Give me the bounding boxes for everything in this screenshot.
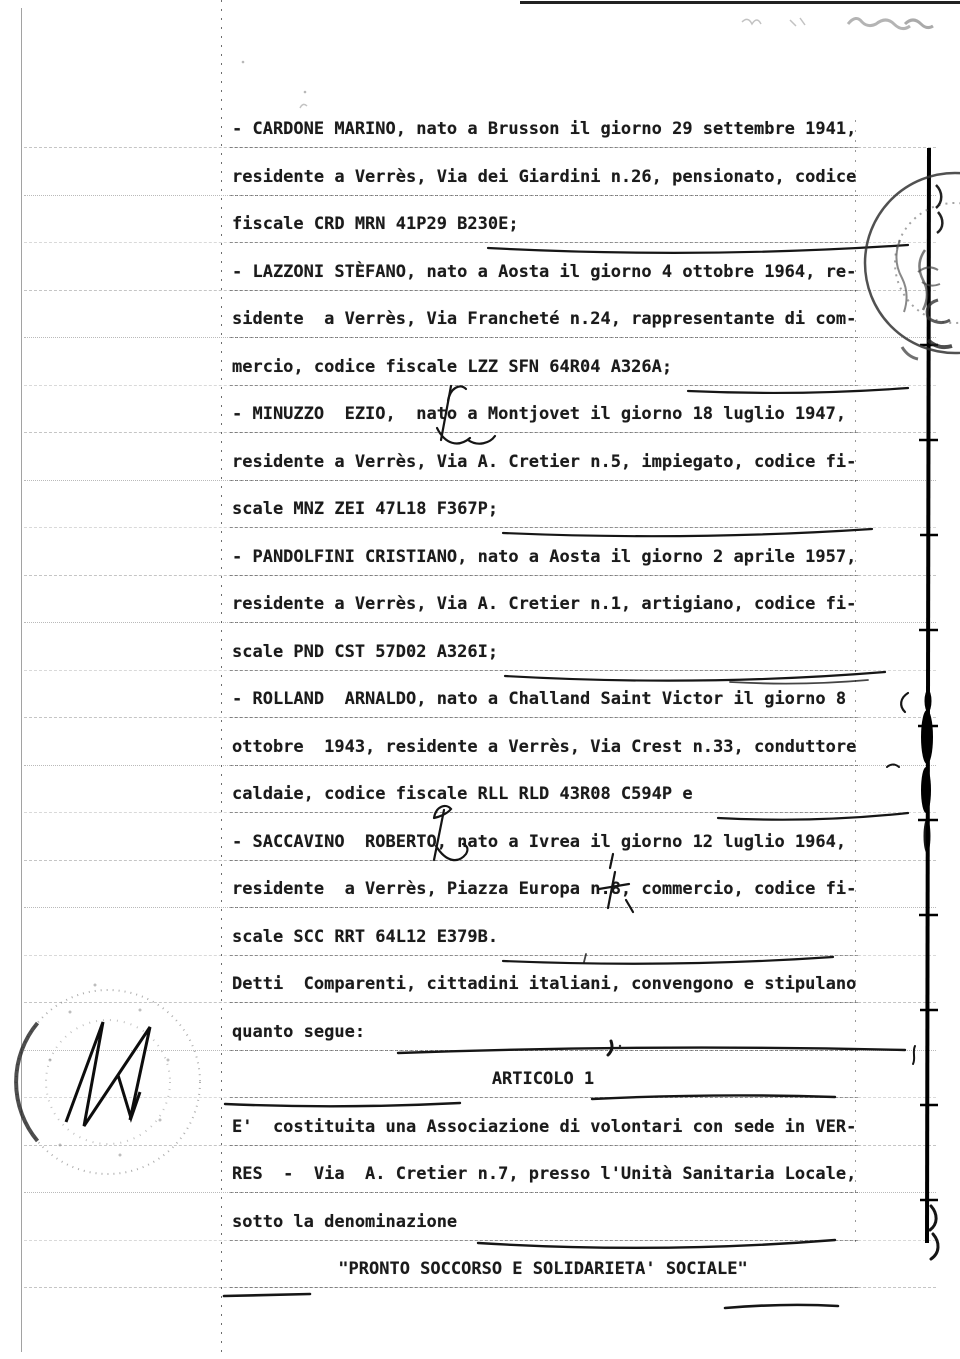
scan-top-edge-line [520, 1, 960, 4]
typed-underline [230, 385, 858, 386]
typed-underline [230, 242, 858, 243]
typed-underline [230, 812, 858, 813]
document-line: quanto segue: [232, 1023, 365, 1042]
typed-underline [230, 860, 858, 861]
document-line: scale SCC RRT 64L12 E379B. [232, 928, 498, 947]
document-line: - SACCAVINO ROBERTO, nato a Ivrea il gio… [232, 833, 846, 852]
document-line: Detti Comparenti, cittadini italiani, co… [232, 975, 856, 994]
document-line: sotto la denominazione [232, 1213, 457, 1232]
typed-underline [230, 1145, 858, 1146]
document-line: ARTICOLO 1 [232, 1070, 854, 1089]
typed-underline [230, 1240, 858, 1241]
margin-mark-paren [901, 693, 908, 712]
typed-underline [230, 717, 858, 718]
document-line: mercio, codice fiscale LZZ SFN 64R04 A32… [232, 358, 672, 377]
typed-underline [230, 907, 858, 908]
document-line: residente a Verrès, Via dei Giardini n.2… [232, 168, 856, 187]
typed-underline [230, 765, 858, 766]
top-right-seal [865, 173, 960, 359]
typed-underline [230, 1192, 858, 1193]
document-line: - MINUZZO EZIO, nato a Montjovet il gior… [232, 405, 846, 424]
left-margin-rule [221, 0, 222, 1359]
typed-underline [230, 1097, 858, 1098]
typed-underline [230, 290, 858, 291]
typed-underline [230, 622, 858, 623]
typed-underline [230, 480, 858, 481]
document-line: caldaie, codice fiscale RLL RLD 43R08 C5… [232, 785, 693, 804]
document-line: - PANDOLFINI CRISTIANO, nato a Aosta il … [232, 548, 856, 567]
document-line: sidente a Verrès, Via Francheté n.24, ra… [232, 310, 856, 329]
ink-dot [619, 1045, 621, 1047]
document-line: - ROLLAND ARNALDO, nato a Challand Saint… [232, 690, 846, 709]
typed-underline [230, 1002, 858, 1003]
left-border-line [21, 8, 22, 1352]
binding-edge-line [918, 148, 938, 1243]
document-line: - CARDONE MARINO, nato a Brusson il gior… [232, 120, 856, 139]
typed-underline [230, 337, 858, 338]
typed-underline [230, 1287, 858, 1288]
ink-overlay [0, 0, 960, 1359]
apostrophe-mark [608, 1041, 612, 1055]
signature-initials [66, 1022, 150, 1126]
document-line: scale MNZ ZEI 47L18 F367P; [232, 500, 498, 519]
typed-underline [230, 575, 858, 576]
document-line: residente a Verrès, Piazza Europa n.8, c… [232, 880, 856, 899]
document-line: fiscale CRD MRN 41P29 B230E; [232, 215, 519, 234]
document-line: residente a Verrès, Via A. Cretier n.5, … [232, 453, 856, 472]
typed-underline [230, 195, 858, 196]
typed-underline [230, 1050, 858, 1051]
typed-underline [230, 527, 858, 528]
document-line: E' costituita una Associazione di volont… [232, 1118, 856, 1137]
typed-underline [230, 432, 858, 433]
document-line: RES - Via A. Cretier n.7, presso l'Unità… [232, 1165, 856, 1184]
typed-underline [230, 955, 858, 956]
document-line: residente a Verrès, Via A. Cretier n.1, … [232, 595, 856, 614]
bottom-right-parens [930, 1206, 938, 1259]
document-line: - LAZZONI STÈFANO, nato a Aosta il giorn… [232, 263, 856, 282]
document-line: "PRONTO SOCCORSO E SOLIDARIETA' SOCIALE" [232, 1260, 854, 1279]
scan-noise [242, 18, 933, 108]
scanned-document-page: - CARDONE MARINO, nato a Brusson il gior… [0, 0, 960, 1359]
typed-underline [230, 147, 858, 148]
typed-underline [230, 670, 858, 671]
document-line: ottobre 1943, residente a Verrès, Via Cr… [232, 738, 856, 757]
document-line: scale PND CST 57D02 A326I; [232, 643, 498, 662]
